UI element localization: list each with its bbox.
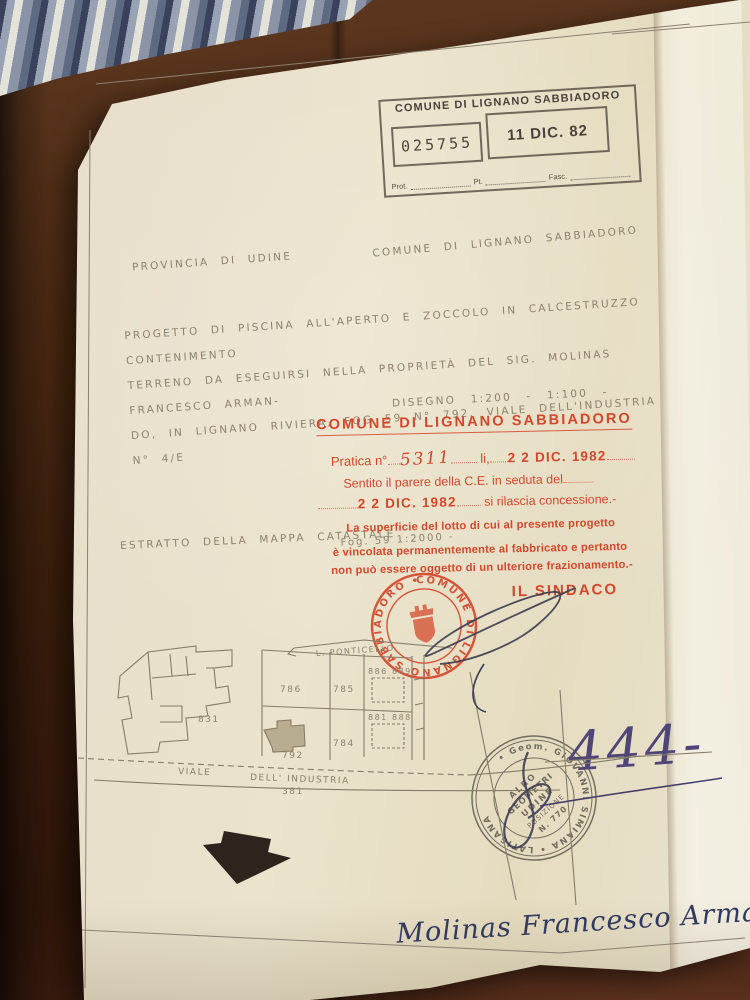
permit-pratica-row: Pratica n°5311 li,2 2 DIC. 1982: [331, 445, 635, 471]
sentito-line: Sentito il parere della C.E. in seduta d…: [343, 472, 563, 491]
municipal-round-seal: COMUNE DI LIGNANO SABBIADORO •: [359, 561, 489, 691]
permit-date-2: 2 2 DIC. 1982: [358, 494, 457, 511]
dotted-leader: [318, 496, 358, 509]
mayor-label: IL SINDACO: [511, 581, 618, 600]
dotted-leader: [606, 448, 634, 461]
dotted-leader: [387, 453, 399, 465]
pratica-number-handwritten: 5311: [399, 448, 451, 471]
dotted-leader: [490, 450, 508, 462]
protocol-date: 11 DIC. 82: [507, 122, 589, 144]
pratica-label: Pratica n°: [331, 453, 388, 469]
rilascia-line: si rilascia concessione.-: [484, 492, 616, 509]
dotted-leader: [563, 471, 593, 484]
dotted-leader: [570, 168, 631, 181]
dotted-leader: [451, 451, 477, 464]
clause-line-3: non può essere oggetto di un ulteriore f…: [331, 559, 633, 577]
dotted-leader: [457, 494, 481, 507]
pt-label: Pt.: [473, 177, 483, 187]
clause-line-1: La superficie del lotto di cui al presen…: [346, 517, 615, 535]
handwritten-big-number: 444-: [566, 711, 707, 783]
seal-coat-of-arms: [409, 603, 439, 645]
protocol-number: 025755: [400, 133, 473, 155]
dotted-leader: [410, 177, 471, 190]
fasc-label: Fasc.: [548, 172, 567, 182]
protocol-date-box: 11 DIC. 82: [485, 106, 610, 159]
permit-sentito-row: Sentito il parere della C.E. in seduta d…: [343, 471, 593, 491]
permit-rilascia-row: 2 2 DIC. 1982 si rilascia concessione.-: [318, 491, 617, 512]
permit-date-1: 2 2 DIC. 1982: [508, 448, 607, 465]
li-label: li,: [480, 451, 490, 466]
prot-label: Prot.: [391, 181, 407, 191]
protocol-stamp: COMUNE DI LIGNANO SABBIADORO 025755 11 D…: [378, 84, 642, 198]
dotted-leader: [485, 173, 546, 186]
protocol-number-box: 025755: [391, 122, 483, 167]
photo-of-document: COMUNE DI LIGNANO SABBIADORO 025755 11 D…: [0, 0, 750, 1000]
